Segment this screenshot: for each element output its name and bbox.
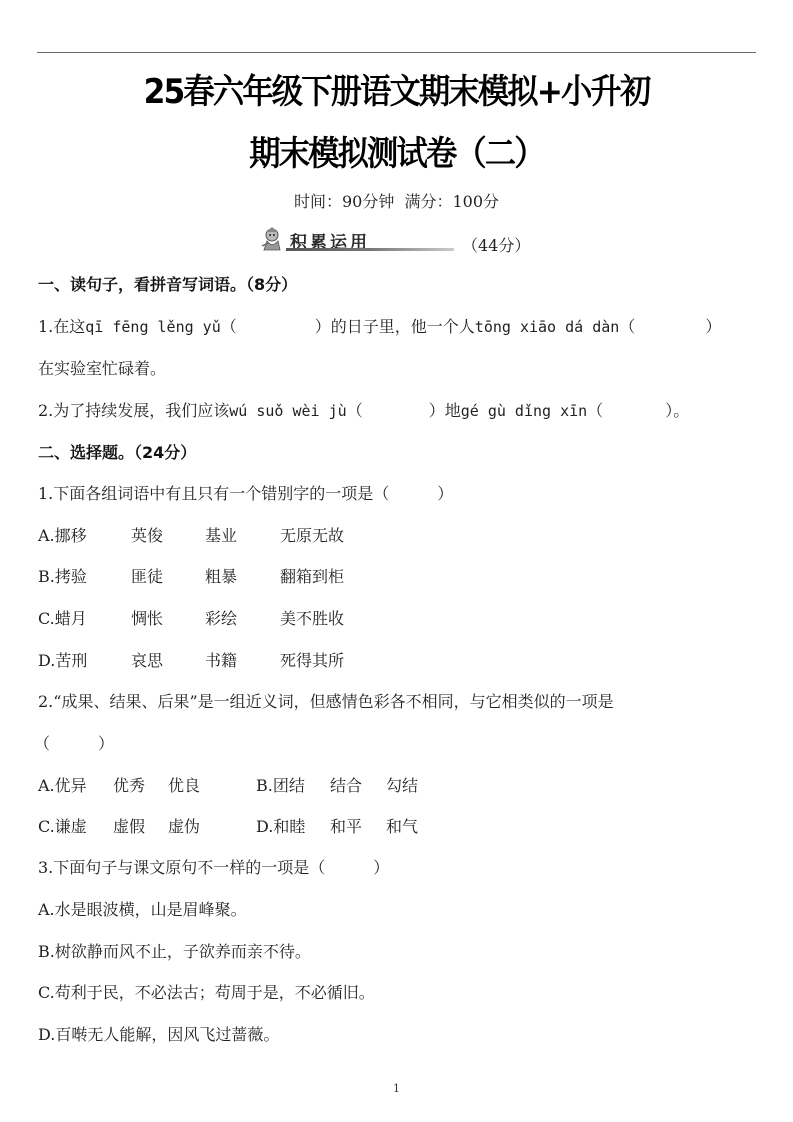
option-text: 百啭无人能解，因风飞过蔷薇。 (55, 1025, 279, 1044)
question-text: 为了持续发展，我们应该 (53, 401, 229, 420)
question-1-line-1: 1.在这qī fēng lěng yǔ（）的日子里，他一个人tōng xiāo … (38, 314, 721, 337)
option-word: 挪移 (55, 526, 87, 545)
option-d[interactable]: D.苦刑 (38, 648, 87, 671)
page-number: 1 (0, 1082, 793, 1095)
option-a[interactable]: A.挪移 (38, 523, 87, 546)
answer-blank[interactable]: （） (619, 317, 721, 336)
paren-close: ） (315, 317, 331, 336)
paren-open: （ (221, 317, 237, 336)
paren-close: ） (705, 317, 721, 336)
question-number: 1. (38, 317, 53, 336)
option-label: C. (38, 983, 55, 1002)
option-text: 树欲静而风不止，子欲养而亲不待。 (55, 942, 311, 961)
question-stem: 2.“成果、结果、后果”是一组近义词，但感情色彩各不相同，与它相类似的一项是 (38, 689, 614, 712)
option-word: 拷验 (55, 567, 87, 586)
pinyin: tōng xiāo dá dàn (475, 318, 620, 336)
question-text: 地 (445, 401, 461, 420)
option-text: 水是眼波横，山是眉峰聚。 (55, 900, 247, 919)
header-rule (37, 52, 756, 53)
option-label: A. (38, 776, 55, 795)
option-label: D. (38, 651, 55, 670)
option-label: B. (38, 942, 55, 961)
option-word: 苦刑 (55, 651, 87, 670)
paren-close: ） (429, 401, 445, 420)
option-c[interactable]: C.谦虚 (38, 814, 87, 837)
option-c[interactable]: C.苟利于民，不必法古；苟周于是，不必循旧。 (38, 980, 375, 1003)
exam-full-score: 满分：100分 (405, 192, 500, 211)
option-word: 基业 (205, 523, 237, 546)
option-b[interactable]: B.拷验 (38, 564, 87, 587)
option-word: 团结 (273, 776, 305, 795)
option-word: 美不胜收 (280, 606, 344, 629)
option-text: 苟利于民，不必法古；苟周于是，不必循旧。 (55, 983, 375, 1002)
answer-blank[interactable]: （）。 (587, 401, 689, 420)
option-word: 优秀 (113, 773, 145, 796)
option-word: 英俊 (131, 523, 163, 546)
option-word: 谦虚 (55, 817, 87, 836)
document-subtitle: 期末模拟测试卷（二） (32, 126, 762, 175)
option-word: 哀思 (131, 648, 163, 671)
option-a[interactable]: A.优异 (38, 773, 87, 796)
paren-open: （ (619, 317, 635, 336)
option-word: 和睦 (273, 817, 305, 836)
option-word: 无原无故 (280, 523, 344, 546)
option-label: A. (38, 900, 55, 919)
pinyin: gé gù dǐng xīn (461, 402, 587, 420)
question-1-line-2: 在实验室忙碌着。 (38, 356, 166, 379)
option-word: 优良 (168, 773, 200, 796)
paren-open: （ (587, 401, 603, 420)
option-b[interactable]: B.团结 (256, 773, 305, 796)
option-b[interactable]: B.树欲静而风不止，子欲养而亲不待。 (38, 939, 311, 962)
question-text: 的日子里，他一个人 (331, 317, 475, 336)
section-heading: 一、读句子，看拼音写词语。（8分） (38, 272, 297, 295)
option-word: 书籍 (205, 648, 237, 671)
banner-score: （44分） (462, 233, 530, 256)
question-2-line-1: 2.为了持续发展，我们应该wú suǒ wèi jù（）地gé gù dǐng … (38, 398, 689, 421)
question-stem: 1.下面各组词语中有且只有一个错别字的一项是（ ） (38, 481, 453, 504)
option-label: C. (38, 609, 55, 628)
option-word: 翻箱到柜 (280, 564, 344, 587)
question-text: 在这 (53, 317, 85, 336)
option-word: 勾结 (386, 773, 418, 796)
option-label: D. (38, 1025, 55, 1044)
option-label: B. (256, 776, 273, 795)
option-word: 惆怅 (131, 606, 163, 629)
exam-meta: 时间：90分钟 满分：100分 (0, 189, 793, 212)
paren-close: ）。 (665, 401, 689, 420)
option-d[interactable]: D.和睦 (256, 814, 305, 837)
option-word: 虚假 (113, 814, 145, 837)
option-label: D. (256, 817, 273, 836)
option-label: C. (38, 817, 55, 836)
option-c[interactable]: C.蜡月 (38, 606, 87, 629)
answer-blank[interactable]: （ ） (34, 731, 114, 754)
exam-time: 时间：90分钟 (294, 192, 394, 211)
option-word: 优异 (55, 776, 87, 795)
option-word: 彩绘 (205, 606, 237, 629)
option-word: 死得其所 (280, 648, 344, 671)
option-d[interactable]: D.百啭无人能解，因风飞过蔷薇。 (38, 1022, 279, 1045)
answer-blank[interactable]: （） (221, 317, 331, 336)
question-stem: 3.下面句子与课文原句不一样的一项是（ ） (38, 855, 389, 878)
cartoon-figure-icon (260, 226, 286, 252)
document-title: 25春六年级下册语文期末模拟+小升初 (32, 64, 762, 113)
option-word: 匪徒 (131, 564, 163, 587)
section-banner: 积累运用 (258, 226, 458, 254)
pinyin: qī fēng lěng yǔ (85, 318, 220, 336)
option-word: 虚伪 (168, 814, 200, 837)
option-word: 和气 (386, 814, 418, 837)
paren-open: （ (347, 401, 363, 420)
option-word: 粗暴 (205, 564, 237, 587)
pinyin: wú suǒ wèi jù (229, 402, 346, 420)
option-word: 结合 (330, 773, 362, 796)
option-word: 和平 (330, 814, 362, 837)
section-heading: 二、选择题。（24分） (38, 440, 196, 463)
option-a[interactable]: A.水是眼波横，山是眉峰聚。 (38, 897, 247, 920)
answer-blank[interactable]: （） (347, 401, 445, 420)
option-label: B. (38, 567, 55, 586)
option-word: 蜡月 (55, 609, 87, 628)
banner-underline (286, 248, 454, 251)
option-label: A. (38, 526, 55, 545)
question-number: 2. (38, 401, 53, 420)
